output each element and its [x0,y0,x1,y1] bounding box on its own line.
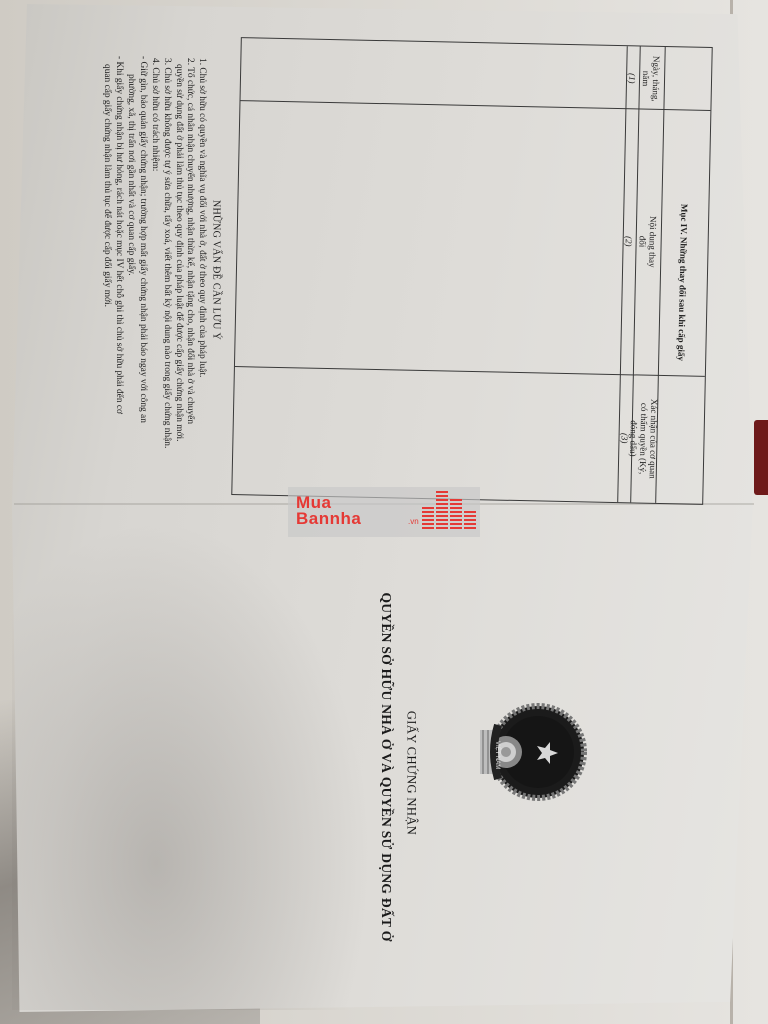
note-item: - Giữ gìn, bảo quản giấy chứng nhận; trư… [137,56,148,423]
buildings-logo-icon [420,489,478,535]
column-number-1: (1) [627,73,637,84]
table-title: Mục IV. Những thay đổi sau khi cấp giấy [676,204,689,361]
mua-ban-nha-watermark: Mua Bannha .vn [288,487,480,537]
note-item: 3. Chủ sở hữu không được tự ý sửa chữa, … [161,58,172,448]
note-item: quan cấp giấy chứng nhận làm thủ tục để … [101,64,112,307]
certificate-title: GIẤY CHỨNG NHẬN [404,711,419,835]
svg-text:VIỆT NAM: VIỆT NAM [494,741,502,769]
national-emblem-icon: VIỆT NAM [470,695,590,810]
note-item: - Khi giấy chứng nhận bị hư hỏng, rách n… [113,56,124,414]
note-item: phường, xã, thị trấn nơi gần nhất và cơ … [125,74,136,276]
note-item: 2. Tổ chức, cá nhân nhận chuyển nhượng, … [184,58,195,424]
column-number-2: (2) [624,236,634,247]
column-number-3: (3) [619,433,629,444]
notes-heading: NHỮNG VẤN ĐỀ CẦN LƯU Ý [211,200,222,340]
changes-table: Mục IV. Những thay đổi sau khi cấp giấy … [231,37,712,505]
column-header-content: Nội dung thay đổi [637,211,658,271]
note-item: quyền sử dụng đất ở phải làm thủ tục the… [173,64,184,441]
note-item: 1. Chủ sở hữu có quyền và nghĩa vụ đối v… [196,58,207,377]
watermark-logo-text: Mua Bannha [296,495,361,527]
table-divider [235,366,705,377]
column-header-confirmation: Xác nhận của cơ quan có thẩm quyền (Ký, … [628,396,660,482]
red-object-edge [754,420,768,495]
column-header-date: Ngày, tháng, năm [640,49,661,109]
certificate-subtitle: QUYỀN SỞ HỮU NHÀ Ở VÀ QUYỀN SỬ DỤNG ĐẤT … [378,592,394,941]
note-item: 4. Chủ sở hữu có trách nhiệm: [149,58,160,171]
watermark-domain-suffix: .vn [408,517,419,526]
